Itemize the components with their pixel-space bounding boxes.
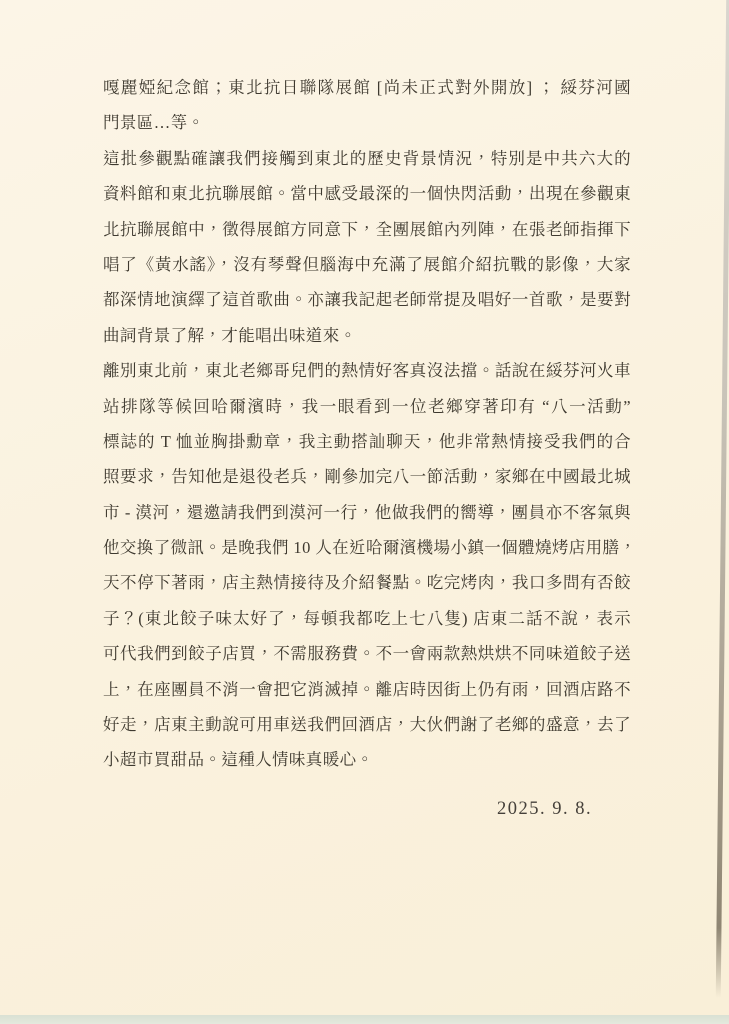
- text-line: 天不停下著雨，店主熱情接待及介紹餐點。吃完烤肉，我口多問有否餃: [103, 565, 631, 600]
- paragraph-1: 嘎麗婭紀念館；東北抗日聯隊展館 [尚未正式對外開放] ； 綏芬河國 門景區…等。: [103, 70, 631, 141]
- text-line: 好走，店東主動說可用車送我們回酒店，大伙們謝了老鄉的盛意，去了: [103, 707, 631, 742]
- text-line: 這批參觀點確讓我們接觸到東北的歷史背景情況，特別是中共六大的: [103, 141, 631, 176]
- date-text: 2025. 9. 8.: [497, 799, 592, 820]
- paragraph-2: 這批參觀點確讓我們接觸到東北的歷史背景情況，特別是中共六大的 資料館和東北抗聯展…: [103, 141, 631, 353]
- paragraph-3: 離別東北前，東北老鄉哥兒們的熱情好客真沒法擋。話說在綏芬河火車 站排隊等候回哈爾…: [103, 353, 631, 778]
- text-line: 小超市買甜品。這種人情味真暖心。: [103, 742, 631, 777]
- text-line: 曲詞背景了解，才能唱出味道來。: [103, 318, 631, 353]
- text-line: 都深情地演繹了這首歌曲。亦讓我記起老師常提及唱好一首歌，是要對: [103, 282, 631, 317]
- text-line: 照要求，告知他是退役老兵，剛參加完八一節活動，家鄉在中國最北城: [103, 459, 631, 494]
- photo-of-document-page: 嘎麗婭紀念館；東北抗日聯隊展館 [尚未正式對外開放] ； 綏芬河國 門景區…等。…: [0, 0, 729, 1024]
- paper-bottom-edge: [0, 1015, 729, 1024]
- text-line: 門景區…等。: [103, 105, 631, 140]
- text-line: 子？(東北餃子味太好了，每頓我都吃上七八隻) 店東二話不說，表示: [103, 601, 631, 636]
- text-line: 標誌的 T 恤並胸掛勳章，我主動搭訕聊天，他非常熱情接受我們的合: [103, 424, 631, 459]
- document-text: 嘎麗婭紀念館；東北抗日聯隊展館 [尚未正式對外開放] ； 綏芬河國 門景區…等。…: [103, 70, 631, 778]
- text-line: 北抗聯展館中，徵得展館方同意下，全團展館內列陣，在張老師指揮下: [103, 212, 631, 247]
- text-line: 資料館和東北抗聯展館。當中感受最深的一個快閃活動，出現在參觀東: [103, 176, 631, 211]
- text-line: 可代我們到餃子店買，不需服務費。不一會兩款熱烘烘不同味道餃子送: [103, 636, 631, 671]
- text-line: 市 - 漠河，還邀請我們到漠河一行，他做我們的嚮導，團員亦不客氣與: [103, 495, 631, 530]
- text-line: 站排隊等候回哈爾濱時，我一眼看到一位老鄉穿著印有 “八一活動”: [103, 389, 631, 424]
- text-line: 離別東北前，東北老鄉哥兒們的熱情好客真沒法擋。話說在綏芬河火車: [103, 353, 631, 388]
- text-line: 嘎麗婭紀念館；東北抗日聯隊展館 [尚未正式對外開放] ； 綏芬河國: [103, 70, 631, 105]
- text-line: 上，在座團員不消一會把它消滅掉。離店時因街上仍有雨，回酒店路不: [103, 672, 631, 707]
- text-line: 唱了《黃水謠》，沒有琴聲但腦海中充滿了展館介紹抗戰的影像，大家: [103, 247, 631, 282]
- text-line: 他交換了微訊。是晚我們 10 人在近哈爾濱機場小鎮一個體燒烤店用膳，: [103, 530, 631, 565]
